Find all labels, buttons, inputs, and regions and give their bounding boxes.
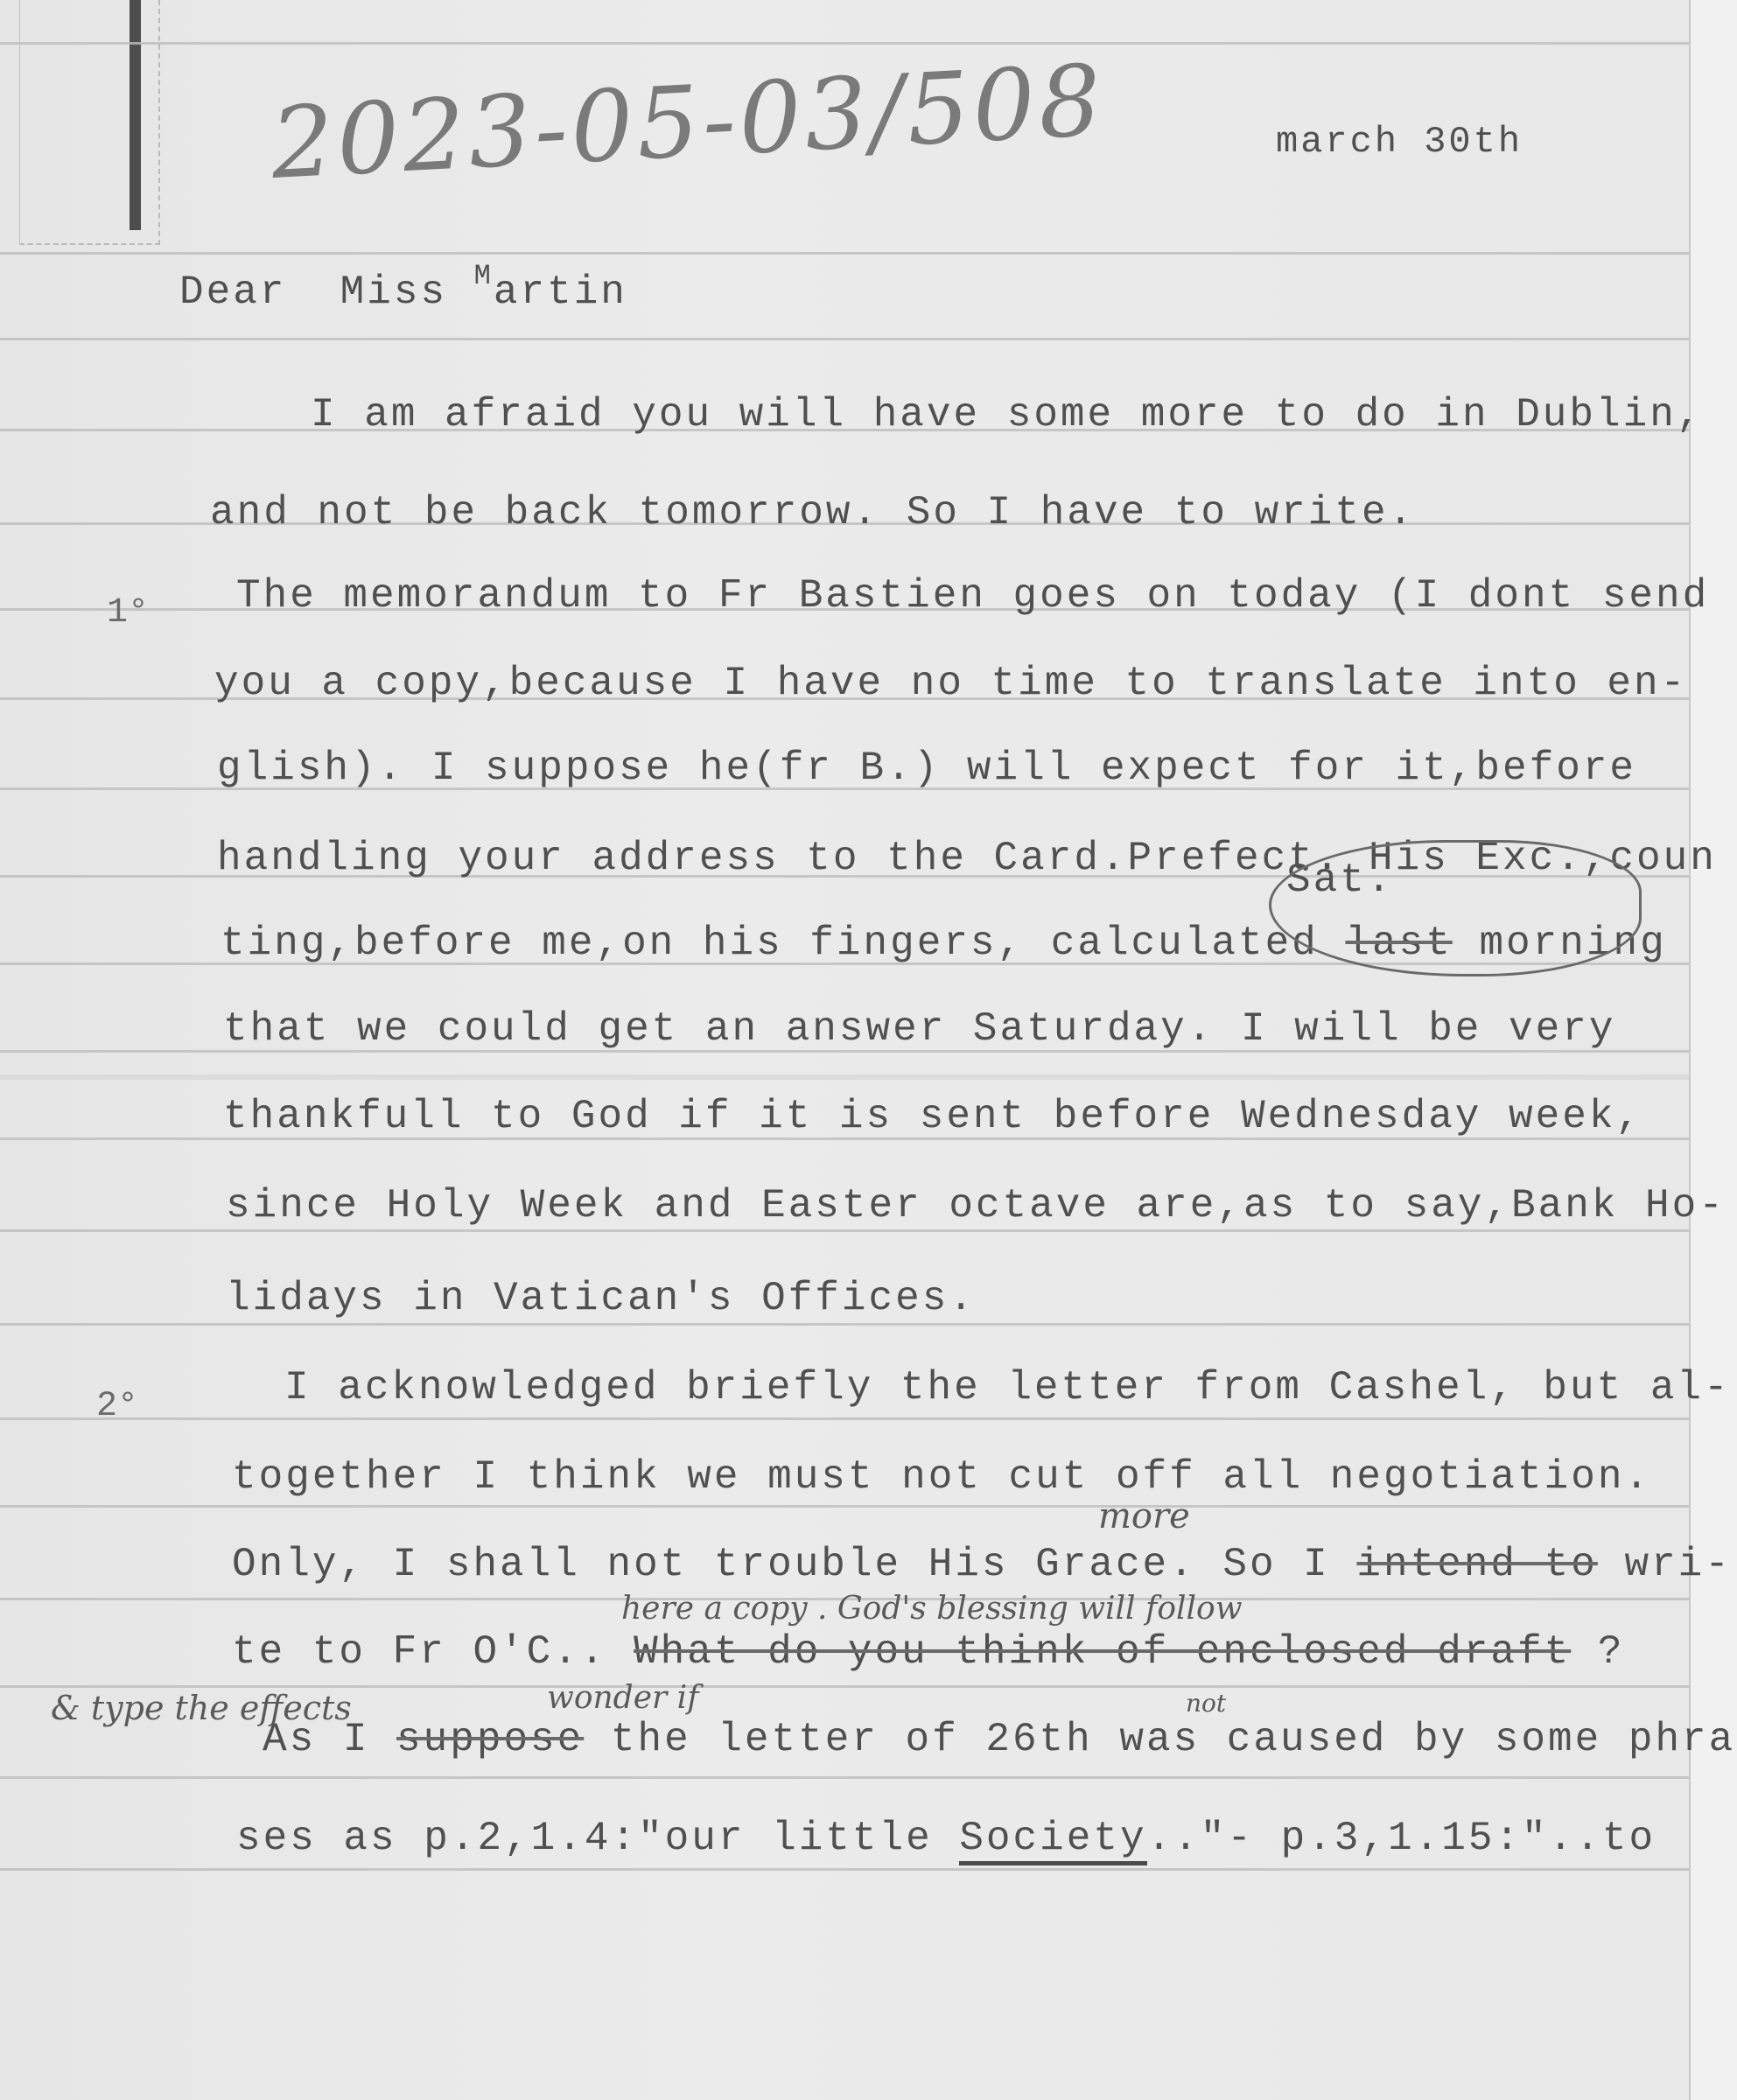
handwritten-insert: more <box>1098 1496 1190 1536</box>
body-line: lidays in Vatican's Offices. <box>226 1276 976 1321</box>
page-edge <box>1689 0 1737 2100</box>
underlined-word: Society <box>959 1816 1146 1865</box>
body-line: te to Fr O'C.. What do you think of encl… <box>232 1629 1624 1675</box>
body-line: and not be back tomorrow. So I have to w… <box>210 490 1415 535</box>
body-line: thankfull to God if it is sent before We… <box>223 1094 1642 1139</box>
body-line: glish). I suppose he(fr B.) will expect … <box>217 745 1636 791</box>
paragraph-marker: 2° <box>96 1387 138 1426</box>
letter-page: 2023-05-03/508 march 30th Dear Miss Mart… <box>0 0 1737 2100</box>
body-line: I am afraid you will have some more to d… <box>311 392 1703 437</box>
body-line: Only, I shall not trouble His Grace. So … <box>232 1542 1732 1587</box>
handwritten-insert: not <box>1186 1689 1226 1718</box>
body-line: The memorandum to Fr Bastien goes on tod… <box>236 573 1709 619</box>
archive-number: 2023-05-03/508 <box>269 44 1108 201</box>
paragraph-marker: 1° <box>107 593 149 633</box>
body-line: ses as p.2,1.4:"our little Society.."- p… <box>236 1816 1656 1861</box>
body-line: together I think we must not cut off all… <box>232 1454 1651 1500</box>
body-line: that we could get an answer Saturday. I … <box>223 1006 1615 1052</box>
body-line: since Holy Week and Easter octave are,as… <box>226 1183 1726 1228</box>
body-line: you a copy,because I have no time to tra… <box>214 661 1687 706</box>
body-line: I acknowledged briefly the letter from C… <box>284 1365 1731 1410</box>
letter-date: march 30th <box>1276 121 1523 163</box>
stamp-bar <box>130 0 141 230</box>
handwritten-insert: wonder if <box>547 1680 699 1716</box>
body-line: As I suppose the letter of 26th was caus… <box>263 1717 1735 1762</box>
handwritten-insert: here a copy . God's blessing will follow <box>621 1591 1243 1627</box>
salutation: Dear Miss Martin <box>179 269 627 315</box>
paper-fold <box>0 1074 1689 1080</box>
